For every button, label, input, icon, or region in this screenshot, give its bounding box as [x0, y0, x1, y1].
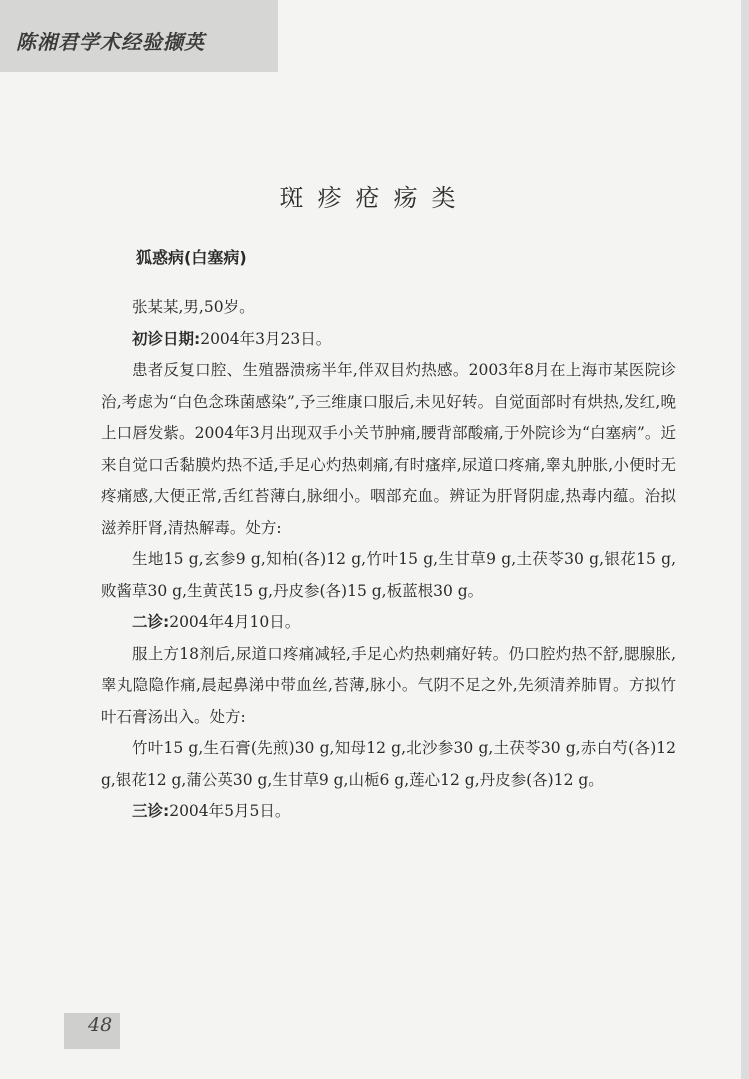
second-visit-progress: 服上方18剂后,尿道口疼痛减轻,手足心灼热刺痛好转。仍口腔灼热不舒,腮腺胀,睾丸…: [101, 639, 676, 734]
third-visit-label: 三诊:: [132, 802, 169, 820]
case-record: 张某某,男,50岁。 初诊日期:2004年3月23日。 患者反复口腔、生殖器溃疡…: [101, 292, 676, 828]
first-visit-history: 患者反复口腔、生殖器溃疡半年,伴双目灼热感。2003年8月在上海市某医院诊治,考…: [101, 355, 676, 544]
page-number: 48: [88, 1014, 112, 1036]
first-visit-prescription: 生地15 g,玄参9 g,知柏(各)12 g,竹叶15 g,生甘草9 g,土茯苓…: [101, 544, 676, 607]
first-visit-date: 2004年3月23日。: [200, 330, 331, 348]
second-visit-label: 二诊:: [132, 613, 169, 631]
running-title: 陈湘君学术经验撷英: [16, 26, 205, 55]
third-visit-date: 2004年5月5日。: [169, 802, 290, 820]
third-visit-line: 三诊:2004年5月5日。: [101, 796, 676, 828]
patient-info: 张某某,男,50岁。: [101, 292, 676, 324]
second-visit-prescription: 竹叶15 g,生石膏(先煎)30 g,知母12 g,北沙参30 g,土茯苓30 …: [101, 733, 676, 796]
page-edge: [741, 0, 749, 1079]
second-visit-line: 二诊:2004年4月10日。: [101, 607, 676, 639]
section-title: 狐惑病(白塞病): [136, 245, 247, 268]
running-header: 陈湘君学术经验撷英: [0, 0, 278, 72]
first-visit-line: 初诊日期:2004年3月23日。: [101, 324, 676, 356]
second-visit-date: 2004年4月10日。: [169, 613, 300, 631]
chapter-title: 斑疹疮疡类: [0, 178, 749, 213]
first-visit-label: 初诊日期:: [132, 330, 200, 348]
